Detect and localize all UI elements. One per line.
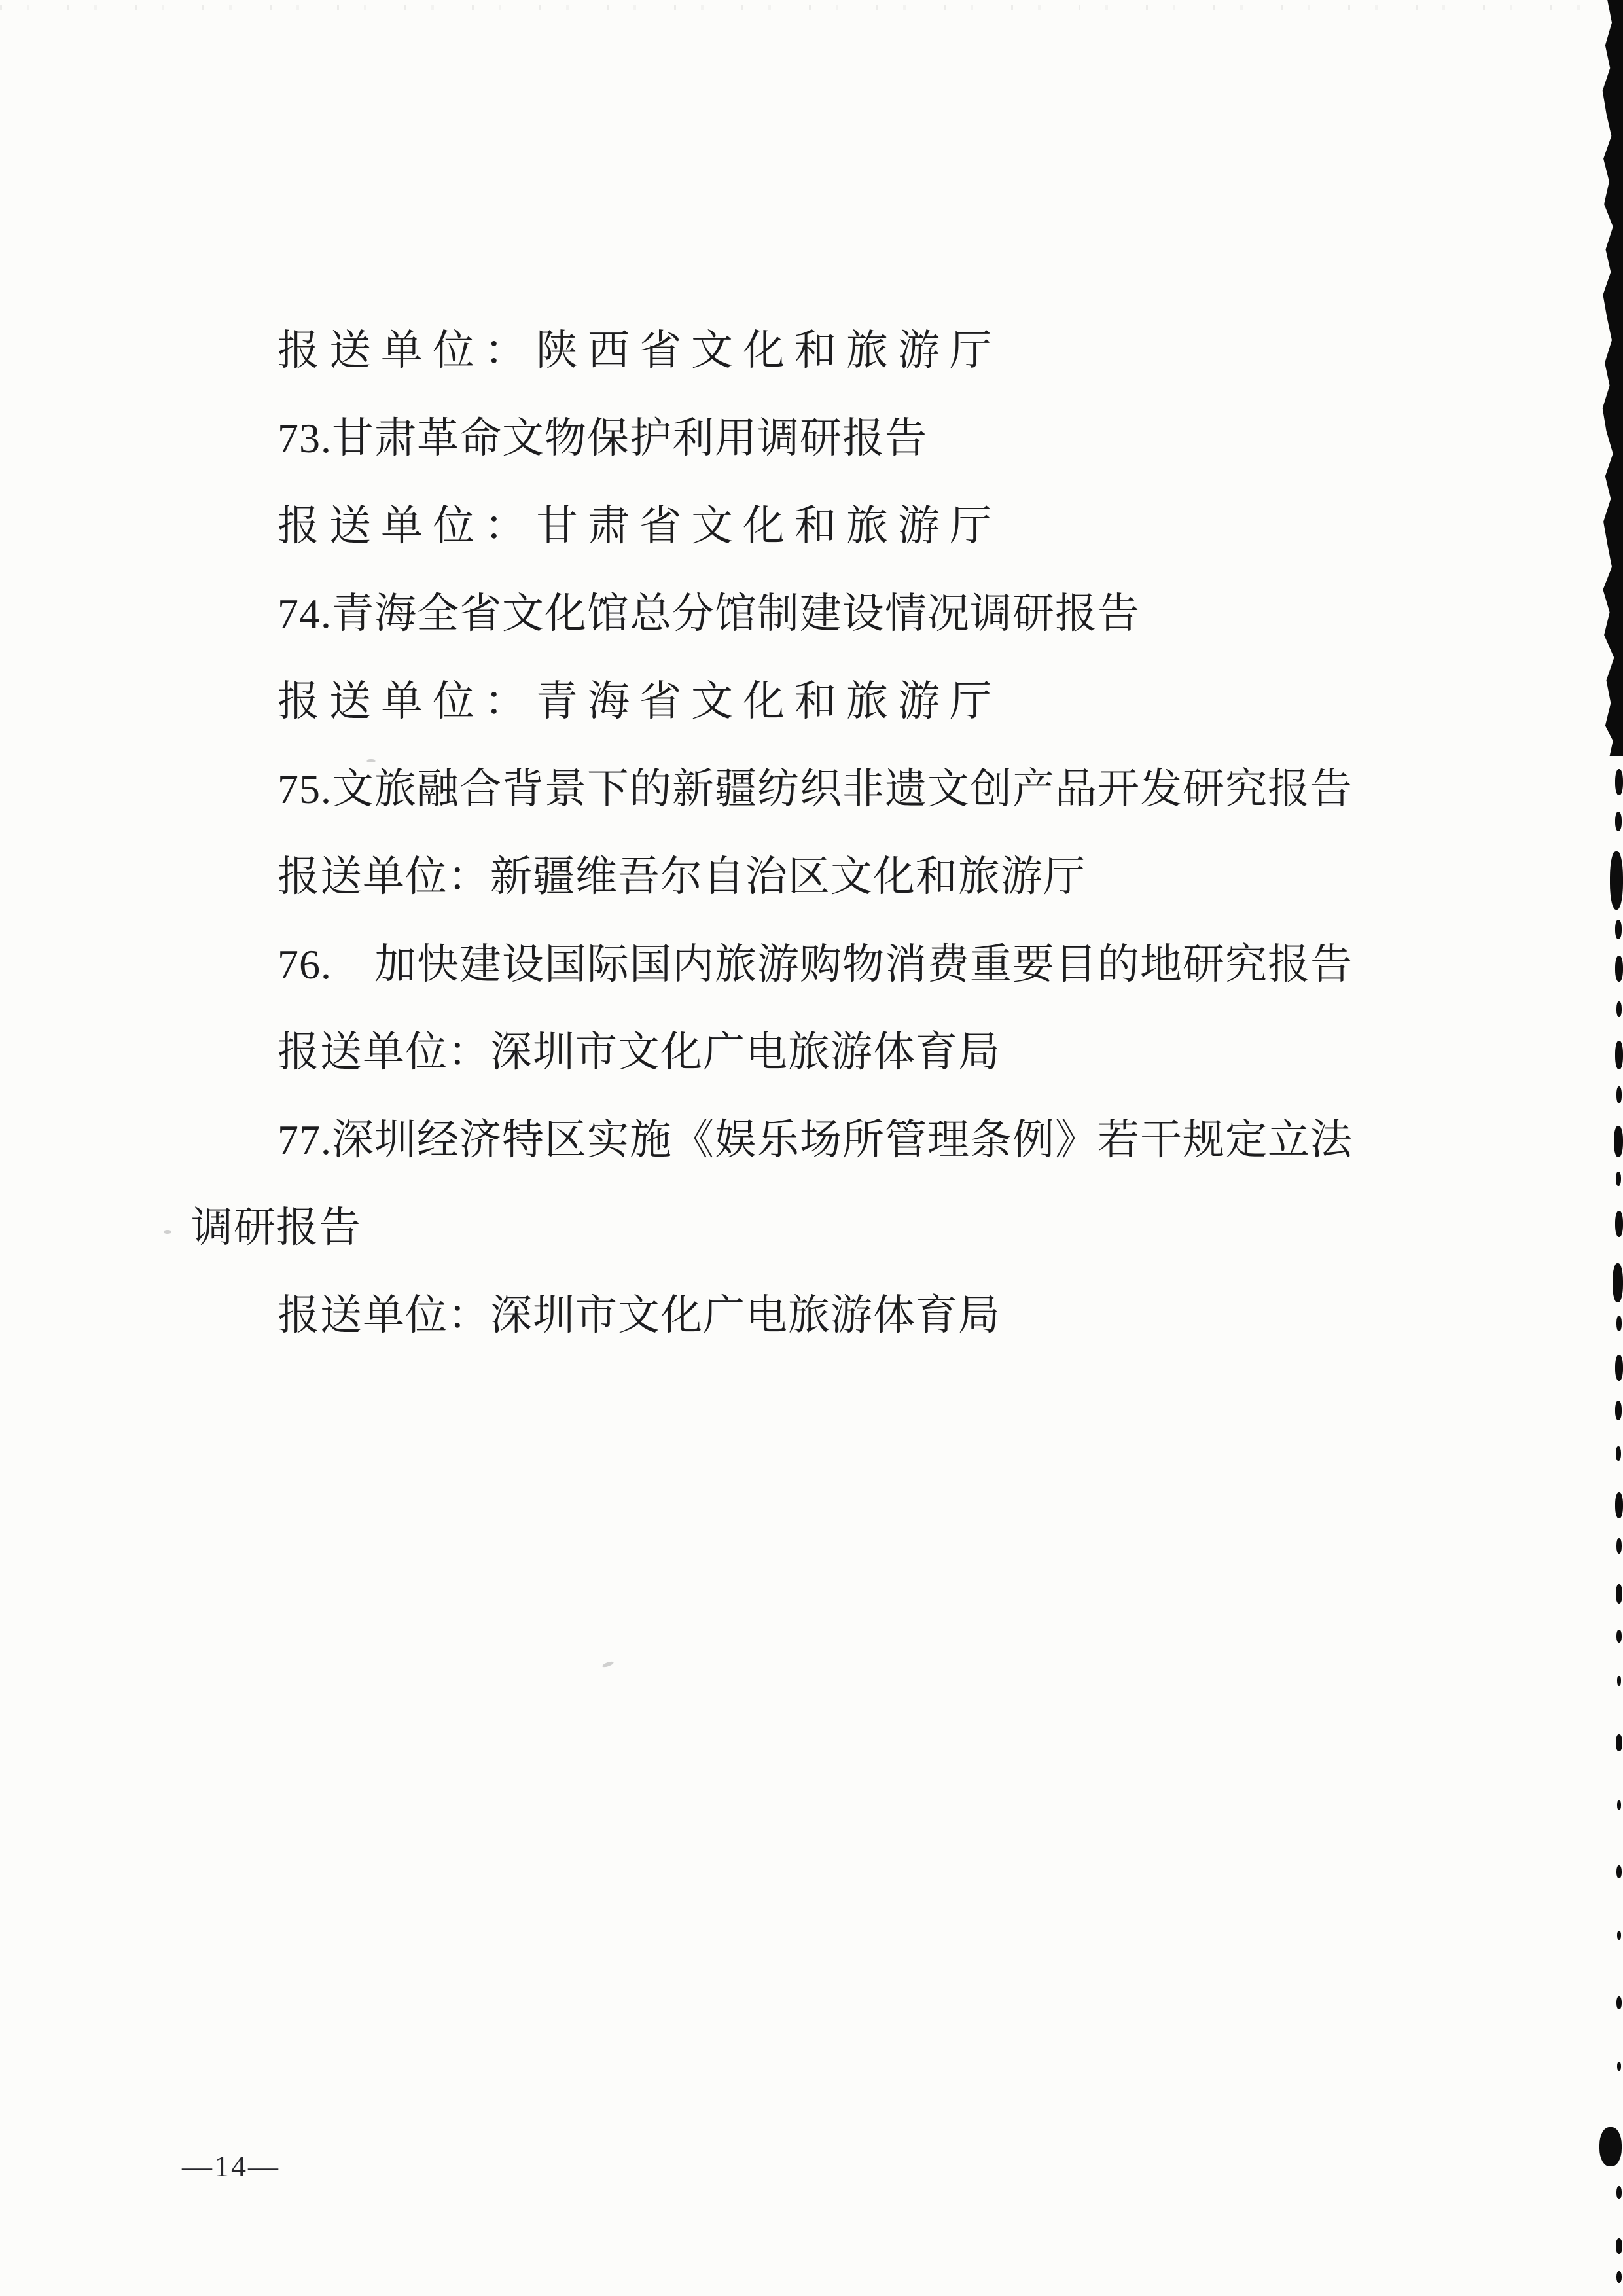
scan-speck [164, 1230, 171, 1234]
scan-blob [1616, 1538, 1622, 1554]
scan-blob [1615, 812, 1622, 831]
scan-blob [1615, 920, 1622, 939]
scan-blob [1616, 1316, 1622, 1331]
scan-blob [1616, 1996, 1622, 2009]
submitter-line: 报送单位：深圳市文化广电旅游体育局 [0, 1005, 1623, 1092]
scanned-document-page: 报送单位：陕西省文化和旅游厅 73.甘肃革命文物保护利用调研报告 报送单位：甘肃… [0, 0, 1623, 2296]
scan-blob [1616, 1001, 1622, 1017]
scan-blob [1617, 1676, 1621, 1686]
scan-blob [1616, 1865, 1622, 1878]
scan-blob [1614, 1126, 1623, 1157]
submitter-line: 报送单位：青海省文化和旅游厅 [0, 654, 1623, 742]
scan-top-noise-artifact [0, 5, 1597, 10]
scan-blob [1610, 851, 1623, 910]
scan-blob [1617, 1931, 1621, 1940]
scan-blob [1616, 1584, 1622, 1604]
submitter-line: 报送单位：新疆维吾尔自治区文化和旅游厅 [0, 829, 1623, 917]
scan-blob [1617, 1800, 1621, 1810]
scan-speck [602, 1660, 615, 1668]
submitter-line: 报送单位：甘肃省文化和旅游厅 [0, 478, 1623, 566]
scan-blob [1615, 1211, 1623, 1237]
scan-blob [1615, 1401, 1622, 1420]
scan-blob [1599, 2127, 1622, 2166]
scan-blob [1613, 1263, 1623, 1302]
scan-blob [1615, 1492, 1623, 1518]
scan-blob [1616, 1630, 1622, 1643]
scan-blob [1616, 2271, 1622, 2283]
scan-blob [1616, 1446, 1621, 1461]
report-item-74: 74.青海全省文化馆总分馆制建设情况调研报告 [0, 566, 1623, 654]
scan-blob [1615, 769, 1623, 795]
scan-blob [1616, 1172, 1621, 1186]
report-item-77-continuation: 调研报告 [0, 1180, 1623, 1268]
submitter-line: 报送单位：陕西省文化和旅游厅 [0, 303, 1623, 391]
page-number: —14— [182, 2149, 280, 2183]
scan-blob [1616, 1734, 1622, 1751]
document-body: 报送单位：陕西省文化和旅游厅 73.甘肃革命文物保护利用调研报告 报送单位：甘肃… [0, 303, 1623, 1355]
report-item-76: 76. 加快建设国际国内旅游购物消费重要目的地研究报告 [0, 917, 1623, 1005]
submitter-line: 报送单位：深圳市文化广电旅游体育局 [0, 1268, 1623, 1355]
scan-blob [1615, 956, 1623, 982]
scan-blob [1617, 2062, 1621, 2071]
scan-blob [1615, 1041, 1623, 1069]
scan-blob [1616, 1086, 1622, 1103]
scan-blob [1616, 2186, 1622, 2199]
report-item-73: 73.甘肃革命文物保护利用调研报告 [0, 391, 1623, 478]
scan-blob [1616, 2238, 1622, 2254]
report-item-75: 75.文旅融合背景下的新疆纺织非遗文创产品开发研究报告 [0, 742, 1623, 829]
report-item-77: 77.深圳经济特区实施《娱乐场所管理条例》若干规定立法 [0, 1092, 1623, 1180]
scan-speck [366, 759, 376, 762]
scan-blob [1615, 1355, 1623, 1381]
